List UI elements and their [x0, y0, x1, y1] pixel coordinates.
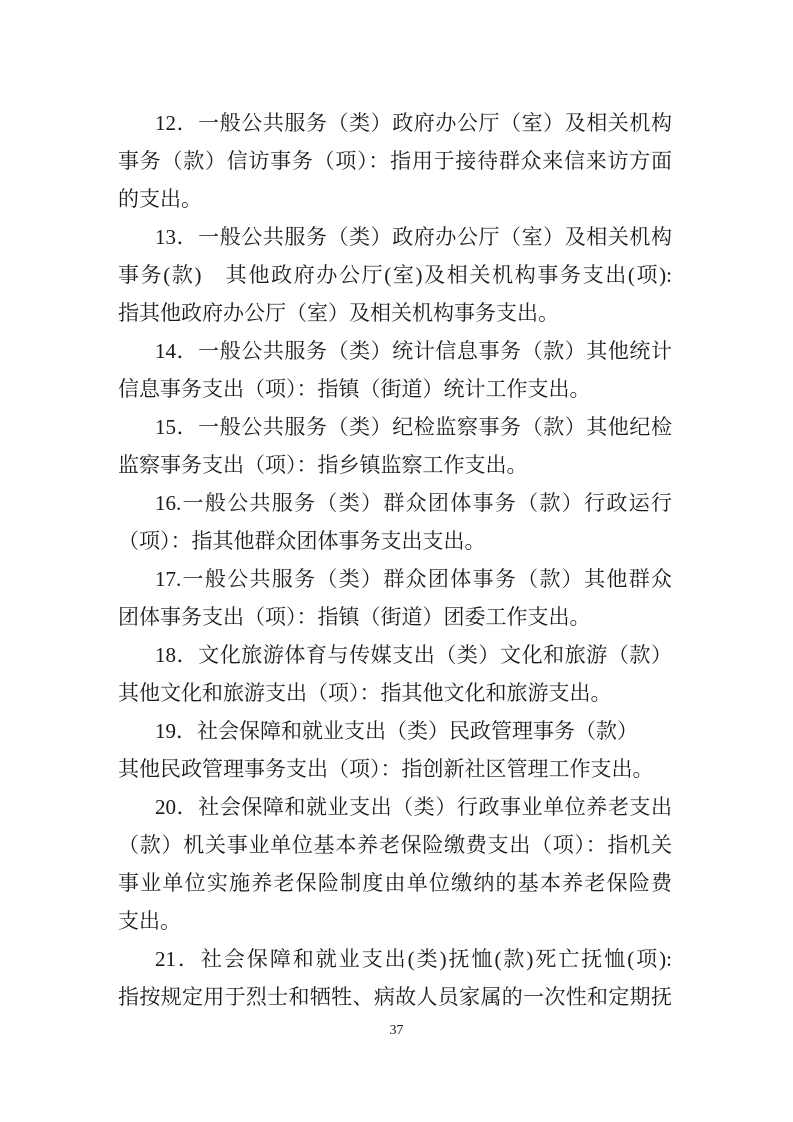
text-line: 的支出。 — [118, 180, 672, 218]
paragraph-12: 12．一般公共服务（类）政府办公厅（室）及相关机构 事务（款）信访事务（项）：指… — [118, 104, 672, 218]
page-number: 37 — [390, 1023, 404, 1038]
text-line: 12．一般公共服务（类）政府办公厅（室）及相关机构 — [118, 104, 672, 142]
text-line: 指按规定用于烈士和牺牲、病故人员家属的一次性和定期抚 — [118, 978, 672, 1016]
text-line: 其他文化和旅游支出（项）：指其他文化和旅游支出。 — [118, 674, 672, 712]
text-line: 信息事务支出（项）：指镇（街道）统计工作支出。 — [118, 370, 672, 408]
text-line: 指其他政府办公厅（室）及相关机构事务支出。 — [118, 294, 672, 332]
paragraph-15: 15．一般公共服务（类）纪检监察事务（款）其他纪检 监察事务支出（项）：指乡镇监… — [118, 408, 672, 484]
text-line: 13．一般公共服务（类）政府办公厅（室）及相关机构 — [118, 218, 672, 256]
paragraph-19: 19．社会保障和就业支出（类）民政管理事务（款） 其他民政管理事务支出（项）：指… — [118, 712, 672, 788]
document-body: 12．一般公共服务（类）政府办公厅（室）及相关机构 事务（款）信访事务（项）：指… — [118, 104, 672, 1016]
text-line: 事业单位实施养老保险制度由单位缴纳的基本养老保险费 — [118, 864, 672, 902]
document-page: 12．一般公共服务（类）政府办公厅（室）及相关机构 事务（款）信访事务（项）：指… — [0, 0, 793, 1122]
text-line: 17.一般公共服务（类）群众团体事务（款）其他群众 — [118, 560, 672, 598]
paragraph-16: 16.一般公共服务（类）群众团体事务（款）行政运行 （项）：指其他群众团体事务支… — [118, 484, 672, 560]
text-line: 团体事务支出（项）：指镇（街道）团委工作支出。 — [118, 598, 672, 636]
text-line: 支出。 — [118, 902, 672, 940]
text-line: （款）机关事业单位基本养老保险缴费支出（项）：指机关 — [118, 826, 672, 864]
text-line: 21．社会保障和就业支出(类)抚恤(款)死亡抚恤(项): — [118, 940, 672, 978]
paragraph-13: 13．一般公共服务（类）政府办公厅（室）及相关机构 事务(款) 其他政府办公厅(… — [118, 218, 672, 332]
text-line: 16.一般公共服务（类）群众团体事务（款）行政运行 — [118, 484, 672, 522]
text-line: 事务(款) 其他政府办公厅(室)及相关机构事务支出(项): — [118, 256, 672, 294]
paragraph-14: 14．一般公共服务（类）统计信息事务（款）其他统计 信息事务支出（项）：指镇（街… — [118, 332, 672, 408]
paragraph-21: 21．社会保障和就业支出(类)抚恤(款)死亡抚恤(项): 指按规定用于烈士和牺牲… — [118, 940, 672, 1016]
text-line: 事务（款）信访事务（项）：指用于接待群众来信来访方面 — [118, 142, 672, 180]
text-line: 监察事务支出（项）：指乡镇监察工作支出。 — [118, 446, 672, 484]
text-line: 20．社会保障和就业支出（类）行政事业单位养老支出 — [118, 788, 672, 826]
text-line: 其他民政管理事务支出（项）：指创新社区管理工作支出。 — [118, 750, 672, 788]
paragraph-18: 18．文化旅游体育与传媒支出（类）文化和旅游（款） 其他文化和旅游支出（项）：指… — [118, 636, 672, 712]
text-line: 18．文化旅游体育与传媒支出（类）文化和旅游（款） — [118, 636, 672, 674]
text-line: 19．社会保障和就业支出（类）民政管理事务（款） — [118, 712, 672, 750]
text-line: （项）：指其他群众团体事务支出支出。 — [118, 522, 672, 560]
paragraph-20: 20．社会保障和就业支出（类）行政事业单位养老支出 （款）机关事业单位基本养老保… — [118, 788, 672, 940]
paragraph-17: 17.一般公共服务（类）群众团体事务（款）其他群众 团体事务支出（项）：指镇（街… — [118, 560, 672, 636]
text-line: 15．一般公共服务（类）纪检监察事务（款）其他纪检 — [118, 408, 672, 446]
text-line: 14．一般公共服务（类）统计信息事务（款）其他统计 — [118, 332, 672, 370]
page-footer: 37 — [0, 1022, 793, 1040]
